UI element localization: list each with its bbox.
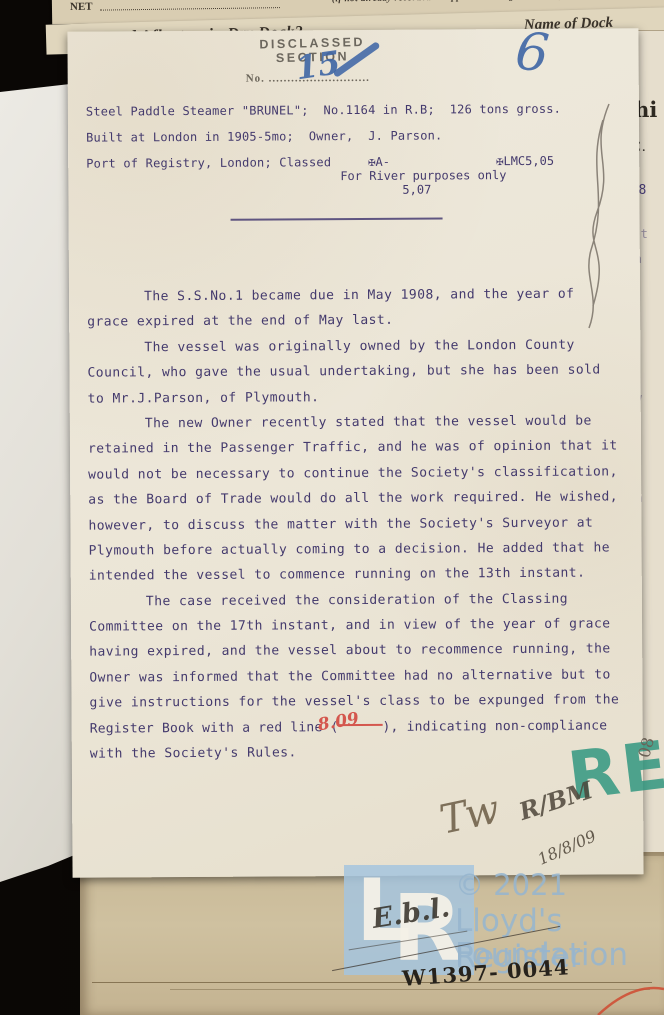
handwritten-number-15: 15 xyxy=(293,43,343,87)
typed-line: having expired, and the vessel about to … xyxy=(89,637,621,666)
header-line-1: Steel Paddle Steamer "BRUNEL"; No.1164 i… xyxy=(86,102,561,119)
typed-line: retained in the Passenger Traffic, and h… xyxy=(88,434,620,463)
main-document-page: DISCLASSED SECTION No. .................… xyxy=(67,28,643,877)
body-text: The S.S.No.1 became due in May 1908, and… xyxy=(87,281,622,767)
river-date: 5,07 xyxy=(402,183,431,197)
typed-line: Owner was informed that the Committee ha… xyxy=(89,662,621,691)
typed-line: Council, who gave the usual undertaking,… xyxy=(87,358,619,387)
typed-line: however, to discuss the matter with the … xyxy=(88,510,620,539)
handwritten-number-6: 6 xyxy=(513,21,552,84)
redline-prefix: Register Book with a red line ( xyxy=(90,720,339,737)
document-scan: NET (if not already recorded in Appendix… xyxy=(0,0,664,1015)
river-purposes-note: For River purposes only xyxy=(340,168,506,183)
watermark-copyright: © 2021 xyxy=(455,868,567,902)
header-line-3: Port of Registry, London; Classed xyxy=(86,155,331,170)
typed-divider-rule xyxy=(231,217,443,220)
typed-line: Plymouth before actually coming to a dec… xyxy=(89,535,621,564)
paper-edge-line xyxy=(92,982,652,983)
net-dotted-line xyxy=(100,0,280,11)
typed-line: The case received the consideration of t… xyxy=(89,586,621,615)
pencil-scribble xyxy=(575,100,621,335)
typed-line: The new Owner recently stated that the v… xyxy=(88,408,620,437)
typed-line: would not be necessary to continue the S… xyxy=(88,459,620,488)
typed-line: to Mr.J.Parson, of Plymouth. xyxy=(88,383,620,412)
typed-line: grace expired at the end of May last. xyxy=(87,307,619,336)
typed-line: with the Society's Rules. xyxy=(90,738,622,767)
typed-line: The vessel was originally owned by the L… xyxy=(87,332,619,361)
class-mark-a: ✠A- xyxy=(368,155,390,169)
no-label: No. xyxy=(246,73,265,85)
typed-line: The S.S.No.1 became due in May 1908, and… xyxy=(87,281,619,310)
class-mark-lmc: ✠LMC5,05 xyxy=(496,154,554,168)
typed-line: as the Board of Trade would do all the w… xyxy=(88,485,620,514)
typed-line: Committee on the 17th instant, and in vi… xyxy=(89,611,621,640)
header-line-2: Built at London in 1905-5mo; Owner, J. P… xyxy=(86,128,442,144)
net-label: NET xyxy=(70,1,93,13)
redline-suffix: ), indicating non-compliance xyxy=(382,718,607,734)
typed-line: intended the vessel to commence running … xyxy=(89,561,621,590)
red-pen-arc xyxy=(594,980,664,1015)
appendix-note: (if not already recorded in Appendix to … xyxy=(332,0,563,4)
